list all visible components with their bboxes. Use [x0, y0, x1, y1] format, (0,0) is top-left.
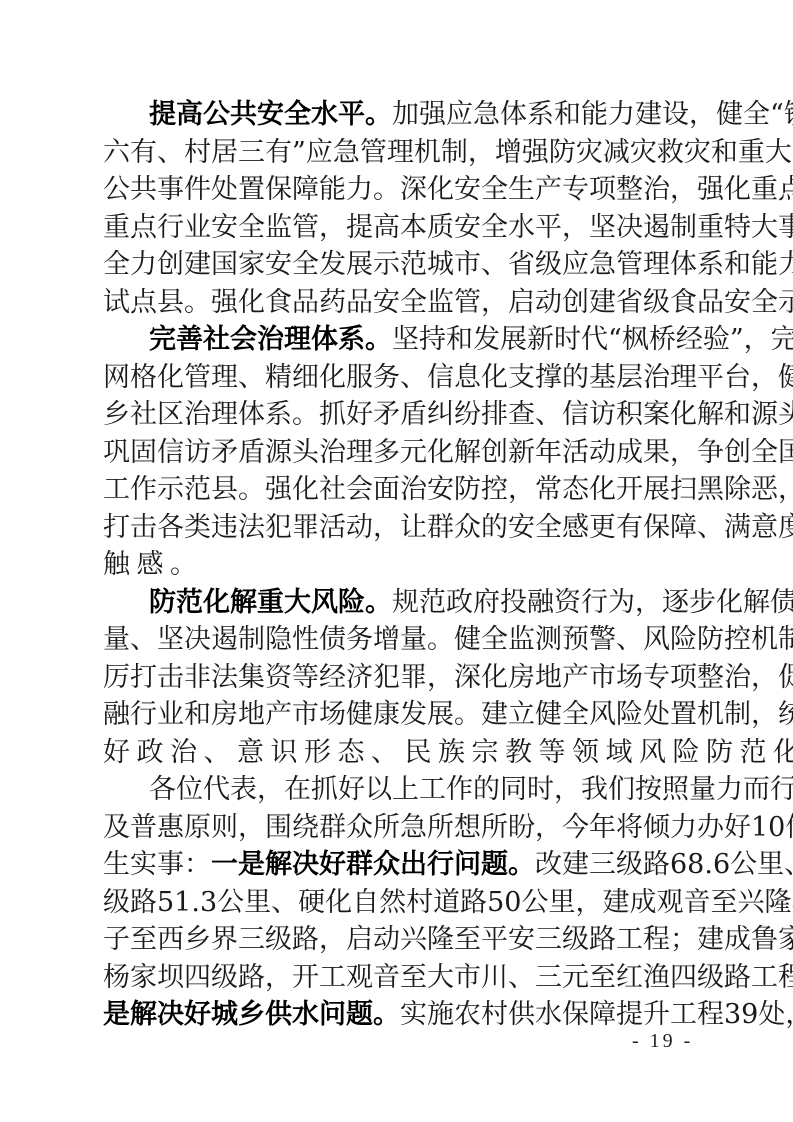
text-line: 是解决好城乡供水问题。实施农村供水保障提升工程39处，启: [103, 996, 693, 1034]
text-line: 级路51.3公里、硬化自然村道路50公里，建成观音至兴隆、碾: [103, 884, 693, 922]
text-line: 工作示范县。强化社会面治安防控，常态化开展扫黑除恶，依法: [103, 471, 693, 509]
page-number: - 19 -: [632, 1030, 693, 1053]
text-line: 网格化管理、精细化服务、信息化支撑的基层治理平台，健全城: [103, 359, 693, 397]
text-line: 试点县。强化食品药品安全监管，启动创建省级食品安全示范县。: [103, 284, 693, 322]
text-line: 触感。: [103, 546, 693, 584]
text-line: 公共事件处置保障能力。深化安全生产专项整治，强化重点领域、: [103, 171, 693, 209]
text-line: 全力创建国家安全发展示范城市、省级应急管理体系和能力建设: [103, 246, 693, 284]
document-body: 提高公共安全水平。加强应急体系和能力建设，健全“镇街六有、村居三有”应急管理机制…: [103, 96, 695, 1034]
text-line: 重点行业安全监管，提高本质安全水平，坚决遏制重特大事故，: [103, 209, 693, 247]
text-line: 及普惠原则，围绕群众所急所想所盼，今年将倾力办好10件民: [103, 809, 693, 847]
text-line: 打击各类违法犯罪活动，让群众的安全感更有保障、满意度更有: [103, 509, 693, 547]
text-line: 子至西乡界三级路，启动兴隆至平安三级路工程；建成鲁家坝至: [103, 921, 693, 959]
text-line: 巩固信访矛盾源头治理多元化解创新年活动成果，争创全国信访: [103, 434, 693, 472]
text-line: 生实事：一是解决好群众出行问题。改建三级路68.6公里、四: [103, 846, 693, 884]
text-line: 杨家坝四级路，开工观音至大市川、三元至红渔四级路工程。二: [103, 959, 693, 997]
text-line: 融行业和房地产市场健康发展。建立健全风险处置机制，统筹抓: [103, 696, 693, 734]
text-line: 厉打击非法集资等经济犯罪，深化房地产市场专项整治，促进金: [103, 659, 693, 697]
text-line: 提高公共安全水平。加强应急体系和能力建设，健全“镇街: [103, 96, 693, 134]
text-line: 完善社会治理体系。坚持和发展新时代“枫桥经验”，完善: [103, 321, 693, 359]
text-line: 乡社区治理体系。抓好矛盾纠纷排查、信访积案化解和源头治理，: [103, 396, 693, 434]
text-line: 六有、村居三有”应急管理机制，增强防灾减灾救灾和重大突发: [103, 134, 693, 172]
text-line: 量、坚决遏制隐性债务增量。健全监测预警、风险防控机制，严: [103, 621, 693, 659]
text-line: 防范化解重大风险。规范政府投融资行为，逐步化解债务存: [103, 584, 693, 622]
text-line: 各位代表，在抓好以上工作的同时，我们按照量力而行、普: [103, 771, 693, 809]
text-line: 好政治、意识形态、民族宗教等领域风险防范化解。: [103, 734, 693, 772]
